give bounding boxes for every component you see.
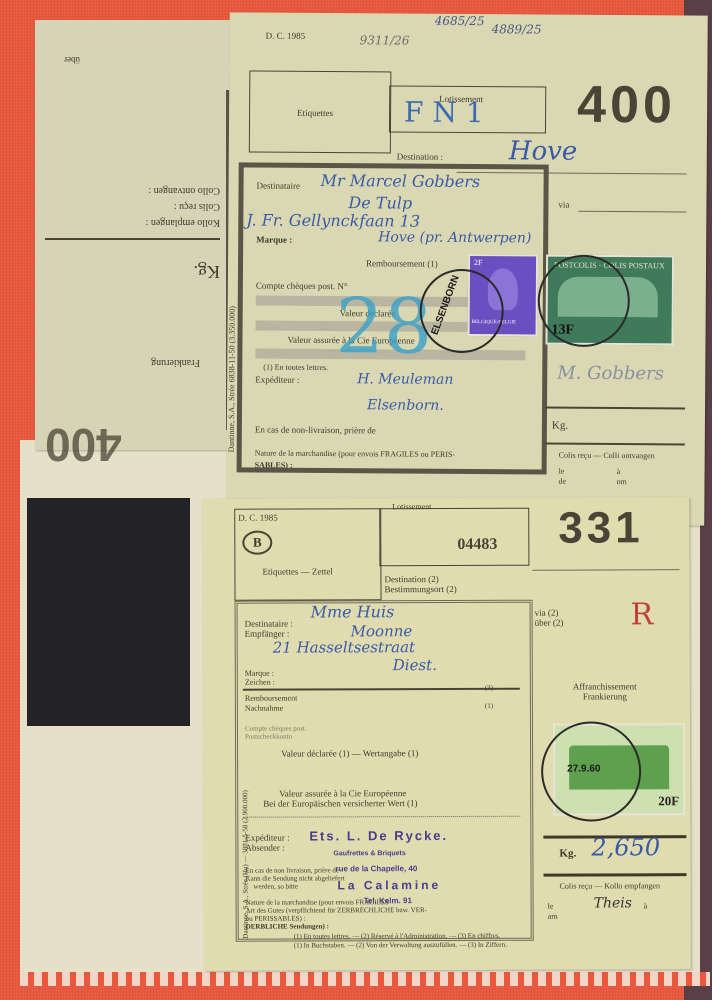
- non-livraison-de2-label: werden, so bitte: [254, 883, 299, 891]
- compte-label: Compte chèques post. N°: [256, 281, 348, 292]
- addressee-line: J. Fr. Gellynckfaan 13: [246, 210, 420, 230]
- red-mark: R: [631, 597, 654, 632]
- back-parcel-form: 400 Frankierung Kg. Kollo emplangen : Co…: [35, 20, 230, 450]
- remboursement-label: Remboursement (1): [366, 258, 438, 269]
- pencil-note: 9311/26: [360, 33, 410, 47]
- colis-recu-label: Colis reçu — Kollo empfangen: [560, 881, 660, 890]
- destinataire-label: Destinataire :: [245, 619, 293, 629]
- receipt-signature: Theis: [594, 895, 632, 911]
- nachnahme-label: Nachnahme: [245, 704, 283, 713]
- absender-label: Absender :: [245, 843, 284, 853]
- bestimmungsort-label: Bestimmungsort (2): [384, 584, 456, 594]
- printer-imprint: Dantinne, S.A., Strée 6838-11-50 (3.350.…: [227, 306, 237, 452]
- sender-line: H. Meuleman: [357, 371, 453, 388]
- frankierung-label: Frankierung: [151, 357, 200, 368]
- sender-line: Elsenborn.: [367, 397, 444, 414]
- pencil-note: 4685/25: [435, 14, 485, 28]
- black-mount-card: [27, 498, 190, 726]
- perforated-strip: [20, 972, 710, 986]
- destination-handwriting: Hove: [509, 136, 578, 166]
- back-label-uber: über: [64, 55, 80, 65]
- parcel-form-elsenborn: D. C. 1985 9311/26 4685/25 4889/25 400 E…: [226, 12, 708, 525]
- valeur-assuree-de-label: Bei der Europäischen versicherter Wert (…: [263, 798, 417, 809]
- addressee-line: Mr Marcel Gobbers: [321, 171, 481, 191]
- de-label: de: [558, 477, 566, 486]
- empfanger-label: Empfänger :: [245, 629, 290, 639]
- am-label: am: [548, 912, 558, 921]
- blue-crayon-mark: 28: [335, 281, 432, 371]
- expediteur-label: Expéditeur :: [255, 375, 299, 385]
- a-label: à: [617, 467, 621, 476]
- kg-label: Kg.: [194, 261, 221, 282]
- art-label: Art des Gutes (verpflichtend für ZERBREC…: [246, 906, 427, 915]
- form-number: 331: [558, 503, 644, 553]
- etiquettes-label: Etiquettes — Zettel: [262, 566, 333, 576]
- zeichen-label: Zeichen :: [245, 678, 275, 687]
- postmark-text: ELSENBORN: [430, 274, 462, 337]
- back-label-nl: Collo ontvangen :: [148, 185, 220, 196]
- uber-label: über (2): [535, 618, 564, 628]
- frankierung-label: Frankierung: [583, 691, 627, 701]
- affranchissement-label: Affranchissement: [573, 681, 637, 691]
- sender-cachet-line: Ets. L. De Rycke.: [309, 828, 448, 843]
- lot-handwriting: F N 1: [404, 96, 484, 130]
- nature-label: Nature de la marchandise (pour envois FR…: [255, 449, 455, 459]
- lot-number: 04483: [457, 536, 497, 554]
- postmark-elsenborn: ELSENBORN: [419, 269, 504, 354]
- weight-handwriting: 2,650: [591, 833, 660, 861]
- form-code: D. C. 1985: [266, 31, 306, 41]
- postmark-date: 27.9.60: [567, 763, 600, 774]
- receipt-signature: M. Gobbers: [557, 363, 664, 385]
- back-big-number: 400: [45, 418, 122, 472]
- sender-cachet-line: La Calamine: [338, 878, 442, 892]
- postmark-elsenborn-2: [537, 254, 630, 347]
- valeur-assuree-label: Valeur assurée à la Cie Européenne: [279, 788, 406, 798]
- compte-label: Compte chèques post.: [245, 724, 307, 732]
- parcel-form-la-calamine: D. C. 1985 B 331 Etiquettes — Zettel Lot…: [202, 497, 691, 971]
- expediteur-label: Expéditeur :: [245, 833, 289, 843]
- stamp-value: 2F: [474, 258, 483, 267]
- via-label: via (2): [535, 608, 559, 618]
- marque-label: Marque :: [256, 235, 292, 245]
- addressee-line: De Tulp: [348, 193, 412, 212]
- nature-label-2: SABLES) :: [255, 461, 293, 470]
- via-label: via: [558, 200, 569, 210]
- stamp-value: 20F: [658, 793, 679, 809]
- kg-label: Kg.: [559, 848, 576, 860]
- lotissement-label: Lotissement: [392, 502, 431, 511]
- note-3: (3): [485, 684, 493, 692]
- back-label-de: Kollo emplangen :: [146, 217, 220, 228]
- perissables-label: ou PERISSABLES) :: [246, 914, 306, 922]
- om-label: om: [616, 477, 626, 486]
- destination-label: Destination :: [397, 152, 443, 162]
- remboursement-label: Remboursement: [245, 694, 297, 703]
- form-number: 400: [577, 75, 676, 136]
- addressee-line: Hove (pr. Antwerpen): [378, 229, 531, 246]
- valeur-declaree-label: Valeur déclarée (1) — Wertangabe (1): [281, 748, 418, 758]
- postmark-la-calamine: 27.9.60: [541, 721, 641, 821]
- marque-label: Marque :: [245, 669, 274, 678]
- sender-cachet-line: Gaufrettes & Briquets: [333, 850, 405, 857]
- footnote: (1) En toutes lettres.: [263, 363, 328, 372]
- footnote-de: (1) In Buchstaben. — (2) Von der Verwalt…: [294, 941, 507, 950]
- non-livraison-de-label: Kann die Sendung nicht abgeliefert: [245, 874, 344, 882]
- le-label: le: [548, 902, 554, 911]
- pencil-note: 4889/25: [492, 22, 542, 36]
- addressee-line: 21 Hasseltsestraat: [273, 638, 415, 656]
- destinataire-label: Destinataire: [257, 181, 301, 191]
- sender-cachet-line: rue de la Chapelle, 40: [335, 864, 417, 873]
- note-1: (1): [485, 702, 493, 710]
- back-label-fr: Colis reçu :: [174, 201, 220, 212]
- non-livraison-label: En cas de non-livraison, prière de: [255, 425, 376, 436]
- printer-imprint: Dantinne, S.A., Strée (Hu) — 3881-5-58 (…: [241, 790, 250, 939]
- addressee-line: Mme Huis: [311, 602, 395, 621]
- a-label: à: [644, 901, 648, 910]
- colis-recu-label: Colis reçu — Colli ontvangen: [559, 451, 655, 461]
- footnote-fr: (1) En toutes lettres. — (2) Réservé à l…: [294, 932, 501, 941]
- kg-label: Kg.: [552, 420, 568, 432]
- destination-label: Destination (2): [384, 574, 438, 584]
- postscheck-label: Postscheckkonto: [245, 733, 292, 741]
- le-label: le: [559, 467, 565, 476]
- derbliche-label: DERBLICHE Sendungen) :: [246, 922, 329, 930]
- etiquettes-label: Etiquettes: [297, 108, 333, 118]
- addressee-line: Diest.: [393, 656, 437, 674]
